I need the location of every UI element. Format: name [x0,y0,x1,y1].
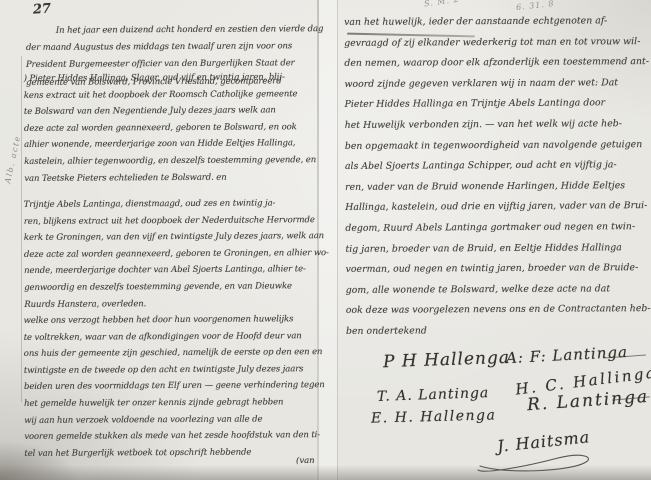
margin-rule-line [21,56,22,402]
manuscript-line: deze acte zal worden geannexeerd, gebore… [24,119,316,137]
pencil-annotation-right: 6. 31. 8 [516,0,555,12]
manuscript-line: beiden uren des voormiddags ten Elf uren… [24,377,325,395]
manuscript-line: welke ons verzogt hebben het door hun vo… [24,311,325,329]
manuscript-line: Pieter Hiddes Hallinga en Trijntje Abels… [344,93,649,115]
manuscript-line: kastelein, alhier tegenwoordig, en desze… [24,152,316,170]
manuscript-line: tig jaren, broeder van de Bruid, en Eelt… [345,238,650,260]
manuscript-line: deze acte zal worden geannexeerd, gebore… [24,245,329,263]
manuscript-line: In het jaar een duizend acht honderd en … [56,21,324,40]
manuscript-paragraph-bride: Trijntje Abels Lantinga, dienstmaagd, ou… [24,195,330,313]
manuscript-line: van Teetske Pieters echtelieden te Bolsw… [24,169,316,187]
manuscript-line: te voltrekken, waar van de afkondigingen… [24,328,325,346]
manuscript-line: wij aan hun verzoek voldoende na voorlez… [24,411,325,429]
manuscript-line: van het huwelijk, ieder der aanstaande e… [344,11,649,33]
signature-eh-hallinga: E. H. Hallenga [371,407,497,426]
act-number: 27 [32,1,51,17]
manuscript-line: nende, meerderjarige dochter van Abel Sj… [24,261,329,279]
manuscript-line: te Bolsward van den Negentiende July dez… [24,102,316,120]
manuscript-line: Ruurds Hanstera, overleden. [24,295,329,313]
manuscript-line: het Huwelijk verbonden zijn. — van het w… [345,114,650,136]
manuscript-line: woord zijnde gegeven verklaren wij in na… [344,73,649,95]
manuscript-line: alhier wonende, meerderjarige zoon van H… [24,135,316,153]
manuscript-line: als Abel Sjoerts Lantinga Schipper, oud … [345,155,650,177]
manuscript-line: voerman, oud negen en twintig jaren, bro… [346,258,651,280]
manuscript-line: Hallinga, kastelein, oud drie en vijftig… [345,196,650,218]
manuscript-line: genwoordig en deszelfs toestemming geven… [24,278,329,296]
document-scan: 27 S. M. 2 6. 31. 8 Alb. acte In het jaa… [0,0,651,480]
fold-line-right [337,0,338,480]
manuscript-line: ook deze was voorgelezen nevens ons en d… [346,299,651,321]
manuscript-line: kerk te Groningen, van den vijf en twint… [24,228,329,246]
manuscript-line: ) Pieter Hiddes Hallinga, Slager, oud vi… [24,69,316,87]
manuscript-line: ben ondertekend [346,320,651,342]
signature-ta-lantinga: T. A. Lantinga [377,385,490,405]
manuscript-line: ren, vader van de Bruid wonende Harlinge… [345,176,650,198]
signature-ph-hallinga: P H Hallenga [383,348,511,372]
manuscript-line: den nemen, waarop door elk afzonderlijk … [344,52,649,74]
manuscript-line: degom, Ruurd Abels Lantinga gortmaker ou… [345,217,650,239]
manuscript-line: het gemelde huwelijk ter onzer kennis zi… [24,394,325,412]
manuscript-line: ben opgemaakt in tegenwoordigheid van na… [345,135,650,157]
manuscript-line: Trijntje Abels Lantinga, dienstmaagd, ou… [24,195,329,213]
manuscript-line: ons huis der gemeente zijn geschied, nam… [24,344,325,362]
signature-af-lantinga: A: F: Lantinga [506,343,629,367]
manuscript-line: gom, alle wonende te Bolsward, welke dez… [346,279,651,301]
manuscript-line: ren, blijkens extract uit het doopboek d… [24,212,329,230]
manuscript-line: twintigste en de tweede op den acht en t… [24,361,325,379]
manuscript-paragraph-groom: ) Pieter Hiddes Hallinga, Slager, oud vi… [24,69,317,187]
pencil-annotation-left: S. M. 2 [424,0,461,8]
manuscript-line: kens extract uit het doopboek der Roomsc… [24,86,316,104]
manuscript-line: der maand Augustus des middags ten twaal… [26,38,324,57]
scan-bottom-shadow [0,465,651,480]
manuscript-paragraph-vows: van het huwelijk, ieder der aanstaande e… [344,11,651,342]
